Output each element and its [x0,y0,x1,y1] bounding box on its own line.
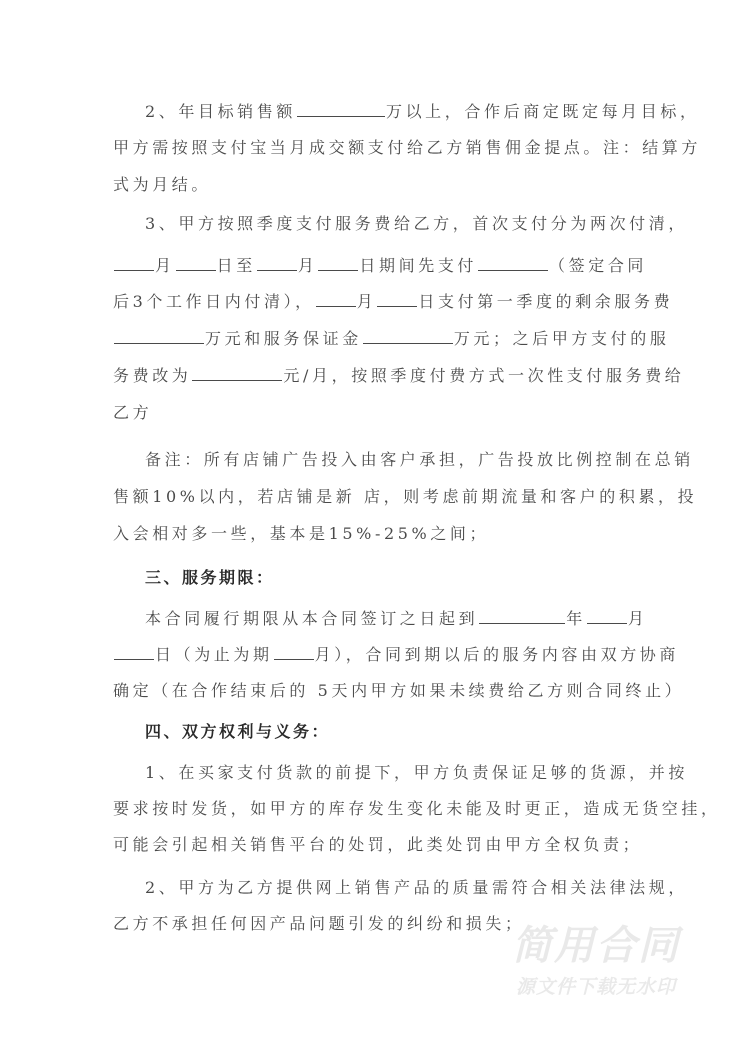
blank-deposit[interactable] [363,328,453,344]
clause-3-line-1: 3、甲方按照季度支付服务费给乙方，首次支付分为两次付清， [145,212,665,236]
text: 月），合同到期以后的服务内容由双方协商 [315,645,679,664]
blank-day-end[interactable] [318,255,358,271]
text: 万以上，合作后商定既定每月目标， [386,102,700,121]
clause-2-line-1: 2、年目标销售额万以上，合作后商定既定每月目标， [145,100,665,124]
note-line-3: 入会相对多一些，基本是15%-25%之间； [113,522,633,546]
section-4-item-1-line-3: 可能会引起相关销售平台的处罚，此类处罚由甲方全权负责； [113,833,633,857]
section-3-line-1: 本合同履行期限从本合同签订之日起到年月 [145,607,665,631]
clause-3-line-2: 月日至月日期间先支付（签定合同 [113,254,633,278]
text: 2、年目标销售额 [145,102,296,121]
watermark-brand: 简用合同 [512,914,680,971]
note-line-2: 售额10%以内，若店铺是新 店，则考虑前期流量和客户的积累，投 [113,485,633,509]
blank-end-day[interactable] [114,644,154,660]
document-page: 2、年目标销售额万以上，合作后商定既定每月目标， 甲方需按照支付宝当月成交额支付… [0,0,742,1049]
text: 务费改为 [113,366,191,385]
text: 年 [566,609,586,628]
text: 本合同履行期限从本合同签订之日起到 [145,609,478,628]
section-3-line-3: 确定（在合作结束后的 5天内甲方如果未续费给乙方则合同终止） [113,679,633,703]
text: 月 [628,609,648,628]
clause-3-line-3: 后3个工作日内付清），月日支付第一季度的剩余服务费 [113,290,633,314]
section-4-item-1-line-2: 要求按时发货，如甲方的库存发生变化未能及时更正，造成无货空挂， [113,797,633,821]
text: 元/月，按照季度付费方式一次性支付服务费给 [283,366,684,385]
text: （签定合同 [549,256,647,275]
text: 万元；之后甲方支付的服 [454,329,670,348]
note-line-1: 备注：所有店铺广告投入由客户承担，广告投放比例控制在总销 [145,448,665,472]
blank-day-start[interactable] [176,255,216,271]
text: 日期间先支付 [359,256,477,275]
clause-2-line-2: 甲方需按照支付宝当月成交额支付给乙方销售佣金提点。注：结算方 [113,136,633,160]
clause-3-line-5: 务费改为元/月，按照季度付费方式一次性支付服务费给 [113,364,633,388]
blank-annual-sales-target[interactable] [297,101,385,117]
clause-3-line-6: 乙方 [113,401,633,425]
text: 日至 [217,256,256,275]
text: 月 [357,292,377,311]
blank-month-end[interactable] [257,255,297,271]
section-4-item-1-line-1: 1、在买家支付货款的前提下，甲方负责保证足够的货源，并按 [145,761,665,785]
text: 月 [298,256,318,275]
text: 后3个工作日内付清）， [113,292,315,311]
clause-2-line-3: 式为月结。 [113,173,633,197]
section-4-item-2-line-1: 2、甲方为乙方提供网上销售产品的质量需符合相关法律法规， [145,876,665,900]
blank-monthly-fee[interactable] [192,365,282,381]
blank-month-start[interactable] [114,255,154,271]
section-3-heading: 三、服务期限： [145,566,665,590]
blank-end-month[interactable] [587,608,627,624]
blank-remaining-month[interactable] [316,291,356,307]
section-4-heading: 四、双方权利与义务： [145,720,665,744]
text: 月 [155,256,175,275]
blank-duration-months[interactable] [274,644,314,660]
blank-first-payment[interactable] [478,255,548,271]
watermark-subtitle: 源文件下载无水印 [516,972,676,999]
text: 万元和服务保证金 [205,329,362,348]
clause-3-line-4: 万元和服务保证金万元；之后甲方支付的服 [113,327,633,351]
blank-end-year[interactable] [479,608,565,624]
section-3-line-2: 日（为止为期月），合同到期以后的服务内容由双方协商 [113,643,633,667]
blank-remaining-fee[interactable] [114,328,204,344]
text: 日支付第一季度的剩余服务费 [418,292,673,311]
blank-remaining-day[interactable] [377,291,417,307]
text: 日（为止为期 [155,645,273,664]
